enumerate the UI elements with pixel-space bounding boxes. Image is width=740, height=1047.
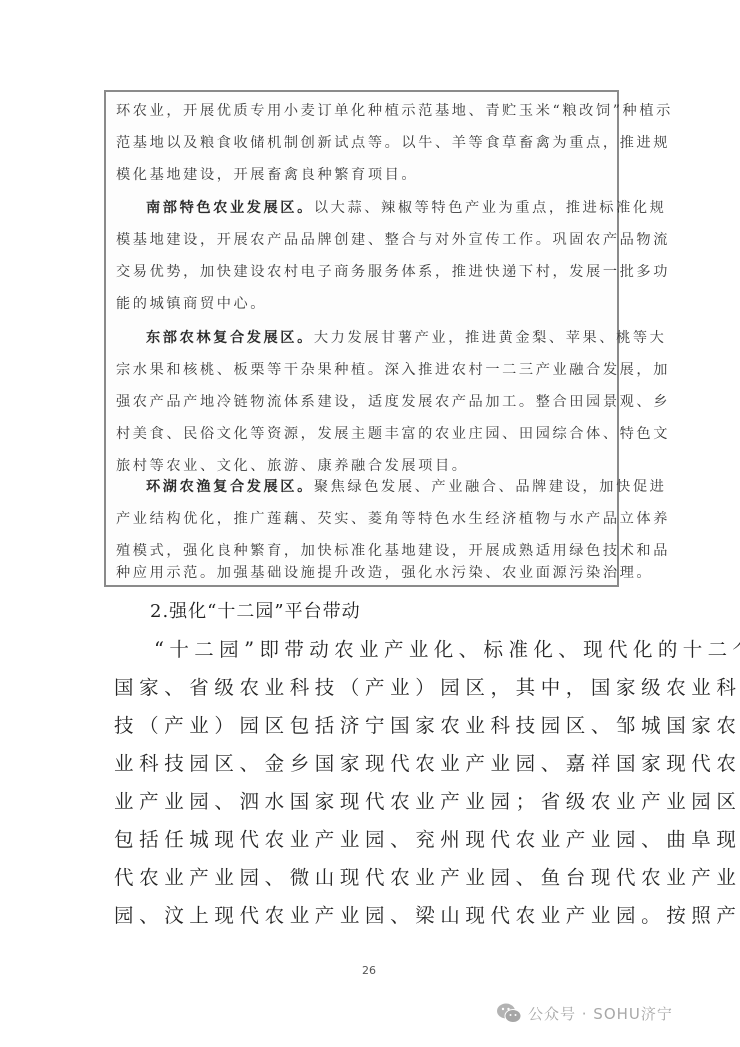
body-line: 业产业园、泗水国家现代农业产业园；省级农业产业园区 <box>114 789 740 815</box>
box-line: 殖模式，强化良种繁育，加快标准化基地建设，开展成熟适用绿色技术和品 <box>116 541 670 561</box>
box-line: 宗水果和核桃、板栗等干杂果种植。深入推进农村一二三产业融合发展，加 <box>116 360 670 380</box>
watermark: 公众号 · SOHU济宁 <box>496 1002 673 1024</box>
box-line: 能的城镇商贸中心。 <box>116 294 267 314</box>
box-line: 范基地以及粮食收储机制创新试点等。以牛、羊等食草畜禽为重点，推进规 <box>116 133 670 153</box>
box-line: 强农产品产地冷链物流体系建设，适度发展农产品加工。整合田园景观、乡 <box>116 392 670 412</box>
callout-box: 环农业，开展优质专用小麦订单化种植示范基地、青贮玉米“粮改饲”种植示 范基地以及… <box>104 90 619 587</box>
box-line: 模化基地建设，开展畜禽良种繁育项目。 <box>116 165 418 185</box>
section-south-first-line: 南部特色农业发展区。以大蒜、辣椒等特色产业为重点，推进标准化规 <box>146 198 666 218</box>
section-east-title: 东部农林复合发展区。 <box>146 330 314 346</box>
body-line: “十二园”即带动农业产业化、标准化、现代化的十二个 <box>154 637 740 663</box>
watermark-text: 公众号 · SOHU济宁 <box>528 1003 673 1024</box>
body-line: 代农业产业园、微山现代农业产业园、鱼台现代农业产业 <box>114 865 740 891</box>
box-line: 村美食、民俗文化等资源，发展主题丰富的农业庄园、田园综合体、特色文 <box>116 424 670 444</box>
box-line: 产业结构优化，推广莲藕、芡实、菱角等特色水生经济植物与水产品立体养 <box>116 509 670 529</box>
section-heading: 2.强化“十二园”平台带动 <box>150 597 361 623</box>
body-line: 技（产业）园区包括济宁国家农业科技园区、邹城国家农 <box>114 713 740 739</box>
body-line: 园、汶上现代农业产业园、梁山现代农业产业园。按照产 <box>114 903 740 929</box>
body-line: 包括任城现代农业产业园、兖州现代农业产业园、曲阜现 <box>114 827 740 853</box>
box-line: 种应用示范。加强基础设施提升改造，强化水污染、农业面源污染治理。 <box>116 563 653 583</box>
box-line: 旅村等农业、文化、旅游、康养融合发展项目。 <box>116 456 469 476</box>
box-line: 模基地建设，开展农产品品牌创建、整合与对外宣传工作。巩固农产品物流 <box>116 230 670 250</box>
wechat-icon <box>496 1002 522 1024</box>
box-line: 环农业，开展优质专用小麦订单化种植示范基地、青贮玉米“粮改饲”种植示 <box>116 101 673 121</box>
body-line: 业科技园区、金乡国家现代农业产业园、嘉祥国家现代农 <box>114 751 740 777</box>
section-lake-first-line: 环湖农渔复合发展区。聚焦绿色发展、产业融合、品牌建设，加快促进 <box>146 477 666 497</box>
body-line: 国家、省级农业科技（产业）园区，其中，国家级农业科 <box>114 675 740 701</box>
section-south-title: 南部特色农业发展区。 <box>146 200 314 216</box>
section-lake-title: 环湖农渔复合发展区。 <box>146 479 314 495</box>
box-line: 交易优势，加快建设农村电子商务服务体系，推进快递下村，发展一批多功 <box>116 262 670 282</box>
page-number: 26 <box>362 964 376 977</box>
section-east-first-line: 东部农林复合发展区。大力发展甘薯产业，推进黄金梨、苹果、桃等大 <box>146 328 666 348</box>
